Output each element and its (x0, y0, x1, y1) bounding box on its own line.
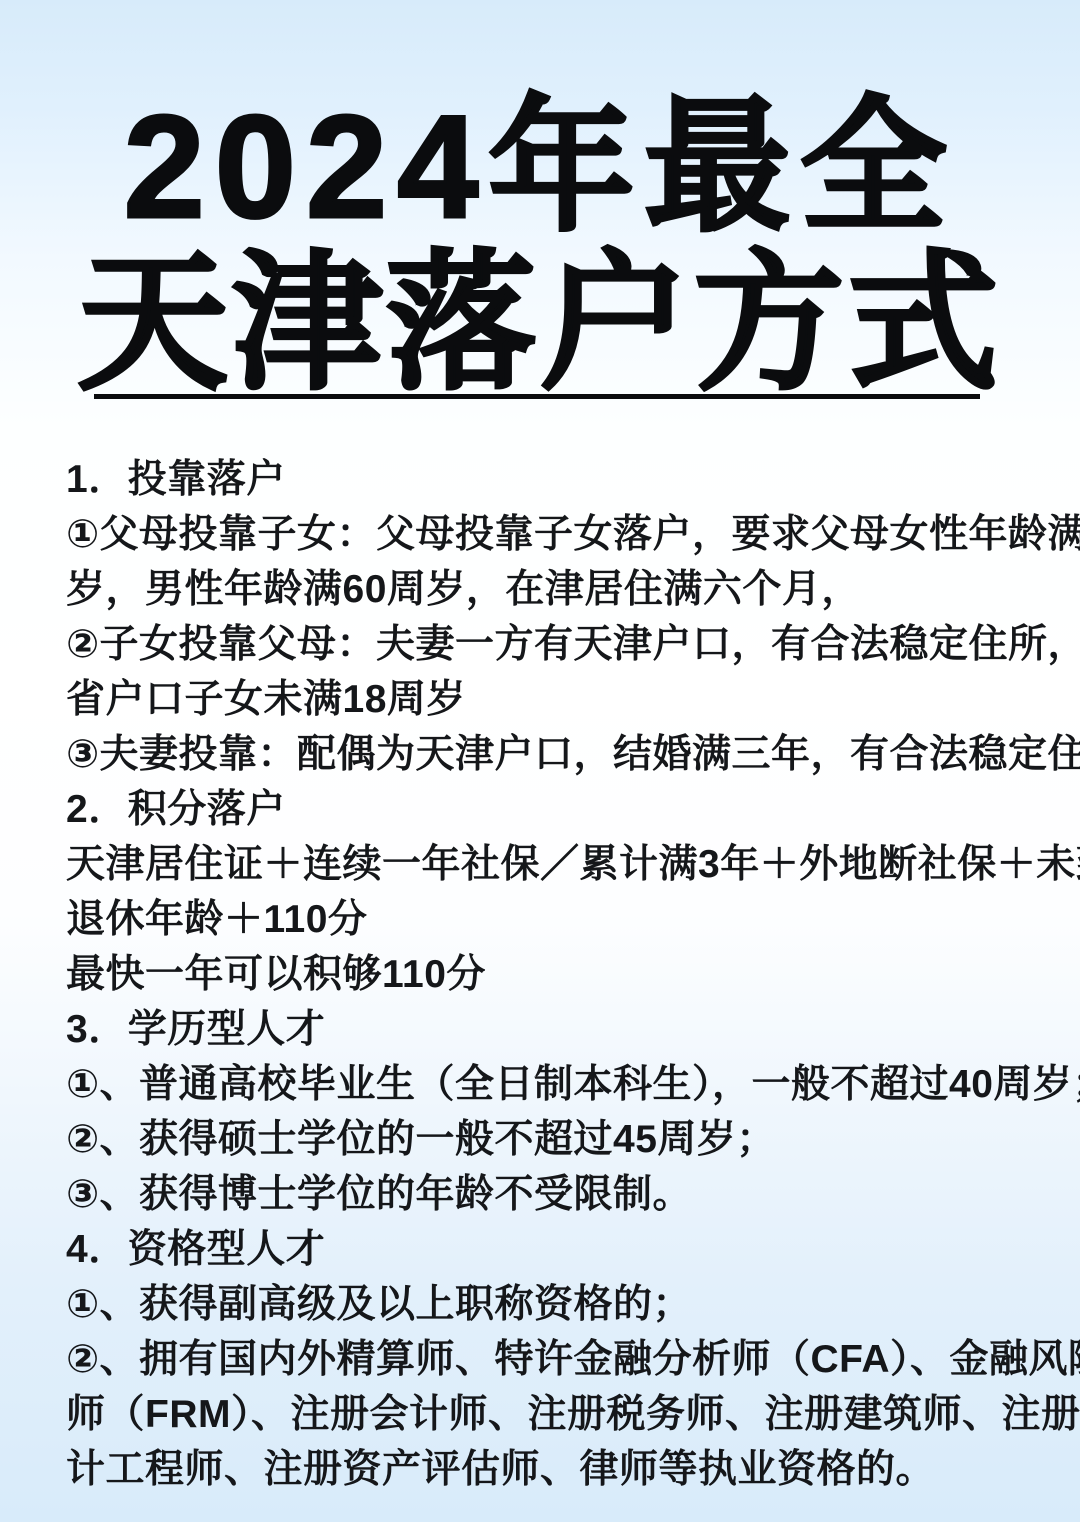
text-line: 最快一年可以积够110分 (66, 947, 1040, 1002)
text-line: 天津居住证＋连续一年社保／累计满3年＋外地断社保＋未到法定 (66, 837, 1040, 892)
text-line-section-1-heading: 1．投靠落户 (66, 452, 1040, 507)
text-line: 师（FRM）、注册会计师、注册税务师、注册建筑师、注册勘察设 (66, 1387, 1040, 1442)
text-line: 省户口子女未满18周岁 (66, 672, 1040, 727)
poster-title-line1: 2024年最全 (0, 88, 1080, 245)
text-line: ①、普通高校毕业生（全日制本科生），一般不超过40周岁； (66, 1057, 1040, 1112)
text-line-section-4-heading: 4．资格型人才 (66, 1222, 1040, 1277)
text-line: ②、拥有国内外精算师、特许金融分析师（CFA）、金融风险管理 (66, 1332, 1040, 1387)
poster: 2024年最全 天津落户方式 1．投靠落户 ①父母投靠子女：父母投靠子女落户，要… (0, 0, 1080, 1522)
text-line: 岁，男性年龄满60周岁，在津居住满六个月， (66, 562, 1040, 617)
text-line: 计工程师、注册资产评估师、律师等执业资格的。 (66, 1442, 1040, 1497)
title-block: 2024年最全 天津落户方式 (0, 88, 1080, 402)
text-line-section-2-heading: 2．积分落户 (66, 782, 1040, 837)
text-line: ③夫妻投靠：配偶为天津户口，结婚满三年，有合法稳定住所 (66, 727, 1040, 782)
text-line: 退休年龄＋110分 (66, 892, 1040, 947)
body-text: 1．投靠落户 ①父母投靠子女：父母投靠子女落户，要求父母女性年龄满55周 岁，男… (66, 452, 1040, 1497)
poster-title-line2: 天津落户方式 (0, 245, 1080, 402)
text-line: ①父母投靠子女：父母投靠子女落户，要求父母女性年龄满55周 (66, 507, 1040, 562)
text-line: ①、获得副高级及以上职称资格的； (66, 1277, 1040, 1332)
text-line: ②、获得硕士学位的一般不超过45周岁； (66, 1112, 1040, 1167)
text-line: ②子女投靠父母：夫妻一方有天津户口，有合法稳定住所，要求外 (66, 617, 1040, 672)
text-line: ③、获得博士学位的年龄不受限制。 (66, 1167, 1040, 1222)
text-line-section-3-heading: 3．学历型人才 (66, 1002, 1040, 1057)
